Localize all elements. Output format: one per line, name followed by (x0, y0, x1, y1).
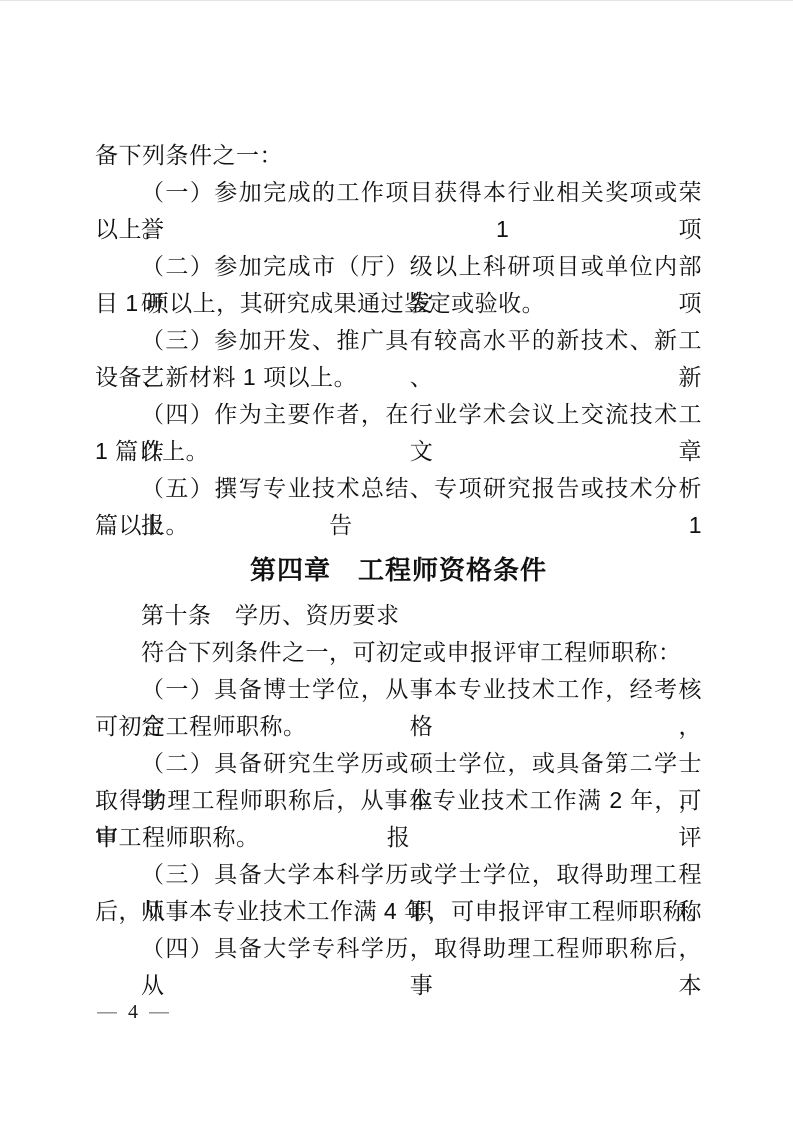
text-line: 取得助理工程师职称后，从事本专业技术工作满 2 年，可申报评 (95, 782, 702, 819)
text-line: （二）参加完成市（厅）级以上科研项目或单位内部研发项 (95, 248, 702, 285)
text-line: 符合下列条件之一，可初定或申报评审工程师职称： (95, 634, 702, 671)
page-number: —4— (97, 1000, 169, 1024)
document-page: 备下列条件之一：（一）参加完成的工作项目获得本行业相关奖项或荣誉 1 项以上。（… (0, 0, 793, 1122)
page-number-value: 4 (117, 1001, 149, 1023)
text-line: （三）具备大学本科学历或学士学位，取得助理工程师职称 (95, 856, 702, 893)
text-line: （二）具备研究生学历或硕士学位，或具备第二学士学位， (95, 745, 702, 782)
text-line: （五）撰写专业技术总结、专项研究报告或技术分析报告 1 (95, 470, 702, 507)
chapter-heading: 第四章 工程师资格条件 (95, 544, 702, 597)
text-line: （四）具备大学专科学历，取得助理工程师职称后，从事本 (95, 930, 702, 967)
page-number-dash-left: — (97, 1001, 117, 1023)
text-line: （一）具备博士学位，从事本专业技术工作，经考核合格， (95, 671, 702, 708)
text-line: 备下列条件之一： (95, 137, 702, 174)
page-number-dash-right: — (149, 1001, 169, 1023)
text-line: （三）参加开发、推广具有较高水平的新技术、新工艺、新 (95, 322, 702, 359)
text-line: （四）作为主要作者，在行业学术会议上交流技术工作文章 (95, 396, 702, 433)
text-line: 后，从事本专业技术工作满 4 年，可申报评审工程师职称。 (95, 893, 702, 930)
text-line: （一）参加完成的工作项目获得本行业相关奖项或荣誉 1 项 (95, 174, 702, 211)
document-body: 备下列条件之一：（一）参加完成的工作项目获得本行业相关奖项或荣誉 1 项以上。（… (95, 137, 702, 967)
text-line: 第十条 学历、资历要求 (95, 597, 702, 634)
